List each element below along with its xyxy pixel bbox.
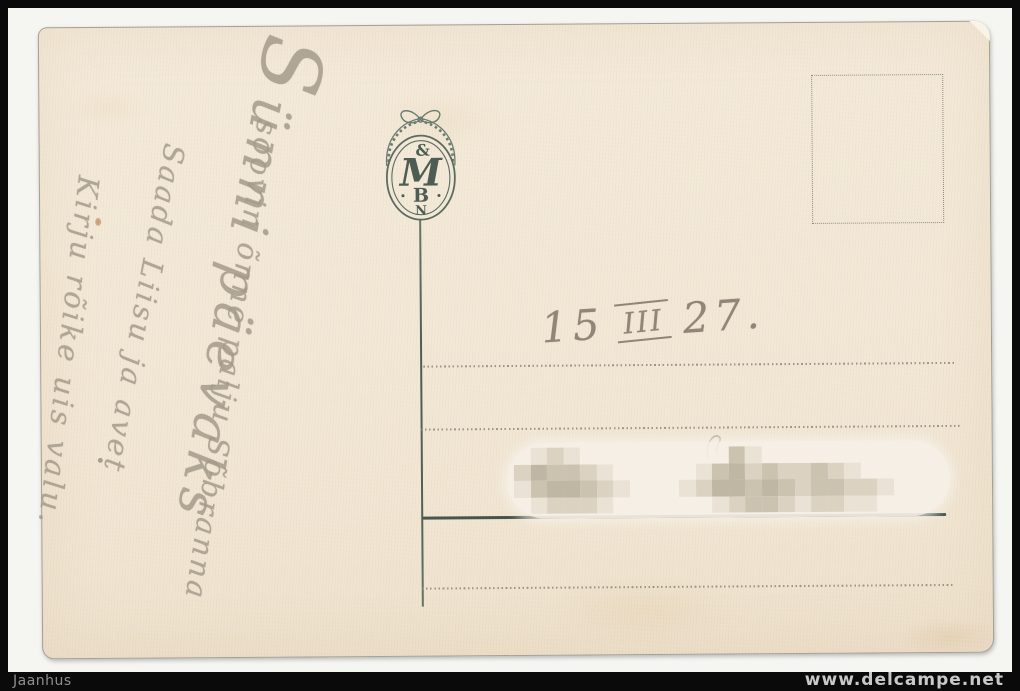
date-day: 15 <box>539 299 606 352</box>
monogram-dot-left <box>401 194 404 197</box>
scanned-postcard-photo: & M B N 15 III 27. Sünni päevaks soovin … <box>0 0 1020 691</box>
watermark-delcampe: www.delcampe.net <box>805 670 1004 690</box>
monogram-n: N <box>415 204 427 219</box>
ribbon-bow-icon <box>401 111 440 123</box>
date-year: 27. <box>681 288 766 342</box>
message-line: Kirju rõike uis valu. <box>32 174 106 528</box>
stamp-box <box>811 74 944 224</box>
postcard-back: & M B N 15 III 27. Sünni päevaks soovin … <box>38 21 994 660</box>
privacy-redaction-grid <box>514 445 943 514</box>
monogram-dot-right <box>437 194 440 197</box>
handwritten-date: 15 III 27. <box>539 288 765 352</box>
address-line-1 <box>423 362 955 368</box>
address-line-2 <box>421 425 960 431</box>
date-month-roman: III <box>614 299 672 343</box>
privacy-redaction <box>507 440 951 519</box>
watermark-jaanhus: Jaanhus <box>13 673 72 689</box>
divider-line <box>419 220 424 607</box>
publisher-logo: & M B N <box>370 103 471 234</box>
address-line-4 <box>422 584 954 590</box>
